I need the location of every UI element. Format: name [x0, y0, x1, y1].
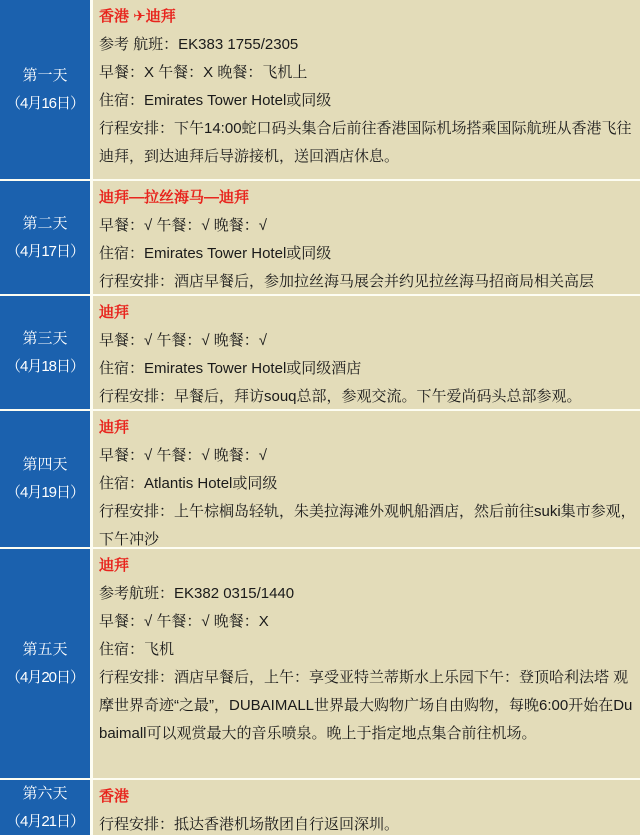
detail-line: 行程安排：酒店早餐后，上午：享受亚特兰蒂斯水上乐园下午：登顶哈利法塔 观摩世界奇…	[99, 664, 638, 748]
itinerary-row: 第一天 （4月16日） 香港 ✈迪拜 参考 航班：EK383 1755/2305…	[0, 0, 640, 181]
detail-line: 住宿：Emirates Tower Hotel或同级	[99, 240, 638, 268]
detail-line: 参考 航班：EK383 1755/2305	[99, 31, 638, 59]
detail-line: 早餐：√ 午餐：√ 晚餐：√	[99, 442, 638, 470]
day-cell: 第二天 （4月17日）	[0, 181, 93, 294]
detail-line: 参考航班：EK382 0315/1440	[99, 580, 638, 608]
detail-line: 早餐：X 午餐：X 晚餐：飞机上	[99, 59, 638, 87]
date-label: （4月20日）	[6, 664, 84, 692]
itinerary-row: 第四天 （4月19日） 迪拜 早餐：√ 午餐：√ 晚餐：√住宿：Atlantis…	[0, 411, 640, 549]
detail-line: 早餐：√ 午餐：√ 晚餐：√	[99, 212, 638, 240]
content-cell: 迪拜 早餐：√ 午餐：√ 晚餐：√住宿：Atlantis Hotel或同级行程安…	[93, 411, 640, 547]
itinerary-row: 第六天 （4月21日） 香港 行程安排：抵达香港机场散团自行返回深圳。	[0, 780, 640, 835]
detail-line: 住宿：Emirates Tower Hotel或同级酒店	[99, 355, 638, 383]
route-title: 迪拜	[99, 299, 638, 327]
detail-line: 行程安排：上午棕榈岛轻轨，朱美拉海滩外观帆船酒店，然后前往suki集市参观，下午…	[99, 498, 638, 549]
itinerary-row: 第二天 （4月17日） 迪拜—拉丝海马—迪拜 早餐：√ 午餐：√ 晚餐：√住宿：…	[0, 181, 640, 296]
day-cell: 第六天 （4月21日）	[0, 780, 93, 835]
date-label: （4月17日）	[6, 238, 84, 266]
route-title: 迪拜	[99, 414, 638, 442]
detail-line: 住宿：Emirates Tower Hotel或同级	[99, 87, 638, 115]
day-cell: 第五天 （4月20日）	[0, 549, 93, 778]
day-cell: 第四天 （4月19日）	[0, 411, 93, 547]
itinerary-row: 第三天 （4月18日） 迪拜 早餐：√ 午餐：√ 晚餐：√住宿：Emirates…	[0, 296, 640, 411]
detail-line: 行程安排：酒店早餐后，参加拉丝海马展会并约见拉丝海马招商局相关高层	[99, 268, 638, 296]
content-cell: 香港 行程安排：抵达香港机场散团自行返回深圳。	[93, 780, 640, 835]
day-label: 第六天	[22, 780, 67, 808]
detail-line: 住宿：Atlantis Hotel或同级	[99, 470, 638, 498]
day-cell: 第一天 （4月16日）	[0, 0, 93, 179]
date-label: （4月16日）	[6, 90, 84, 118]
day-label: 第一天	[22, 62, 67, 90]
date-label: （4月19日）	[6, 479, 84, 507]
detail-line: 行程安排：抵达香港机场散团自行返回深圳。	[99, 811, 638, 835]
detail-line: 早餐：√ 午餐：√ 晚餐：X	[99, 608, 638, 636]
content-cell: 香港 ✈迪拜 参考 航班：EK383 1755/2305早餐：X 午餐：X 晚餐…	[93, 0, 640, 179]
detail-line: 行程安排：早餐后，拜访souq总部，参观交流。下午爱尚码头总部参观。	[99, 383, 638, 411]
day-label: 第二天	[22, 210, 67, 238]
route-title: 迪拜	[99, 552, 638, 580]
detail-line: 住宿：飞机	[99, 636, 638, 664]
itinerary-table: 第一天 （4月16日） 香港 ✈迪拜 参考 航班：EK383 1755/2305…	[0, 0, 640, 835]
content-cell: 迪拜 参考航班：EK382 0315/1440早餐：√ 午餐：√ 晚餐：X住宿：…	[93, 549, 640, 778]
route-title: 香港	[99, 783, 638, 811]
route-title: 香港 ✈迪拜	[99, 3, 638, 31]
detail-line: 行程安排：下午14:00蛇口码头集合后前往香港国际机场搭乘国际航班从香港飞往迪拜…	[99, 115, 638, 171]
content-cell: 迪拜—拉丝海马—迪拜 早餐：√ 午餐：√ 晚餐：√住宿：Emirates Tow…	[93, 181, 640, 294]
day-cell: 第三天 （4月18日）	[0, 296, 93, 409]
date-label: （4月18日）	[6, 353, 84, 381]
day-label: 第四天	[22, 451, 67, 479]
day-label: 第三天	[22, 325, 67, 353]
route-title: 迪拜—拉丝海马—迪拜	[99, 184, 638, 212]
itinerary-row: 第五天 （4月20日） 迪拜 参考航班：EK382 0315/1440早餐：√ …	[0, 549, 640, 780]
day-label: 第五天	[22, 636, 67, 664]
detail-line: 早餐：√ 午餐：√ 晚餐：√	[99, 327, 638, 355]
date-label: （4月21日）	[6, 808, 84, 835]
content-cell: 迪拜 早餐：√ 午餐：√ 晚餐：√住宿：Emirates Tower Hotel…	[93, 296, 640, 409]
